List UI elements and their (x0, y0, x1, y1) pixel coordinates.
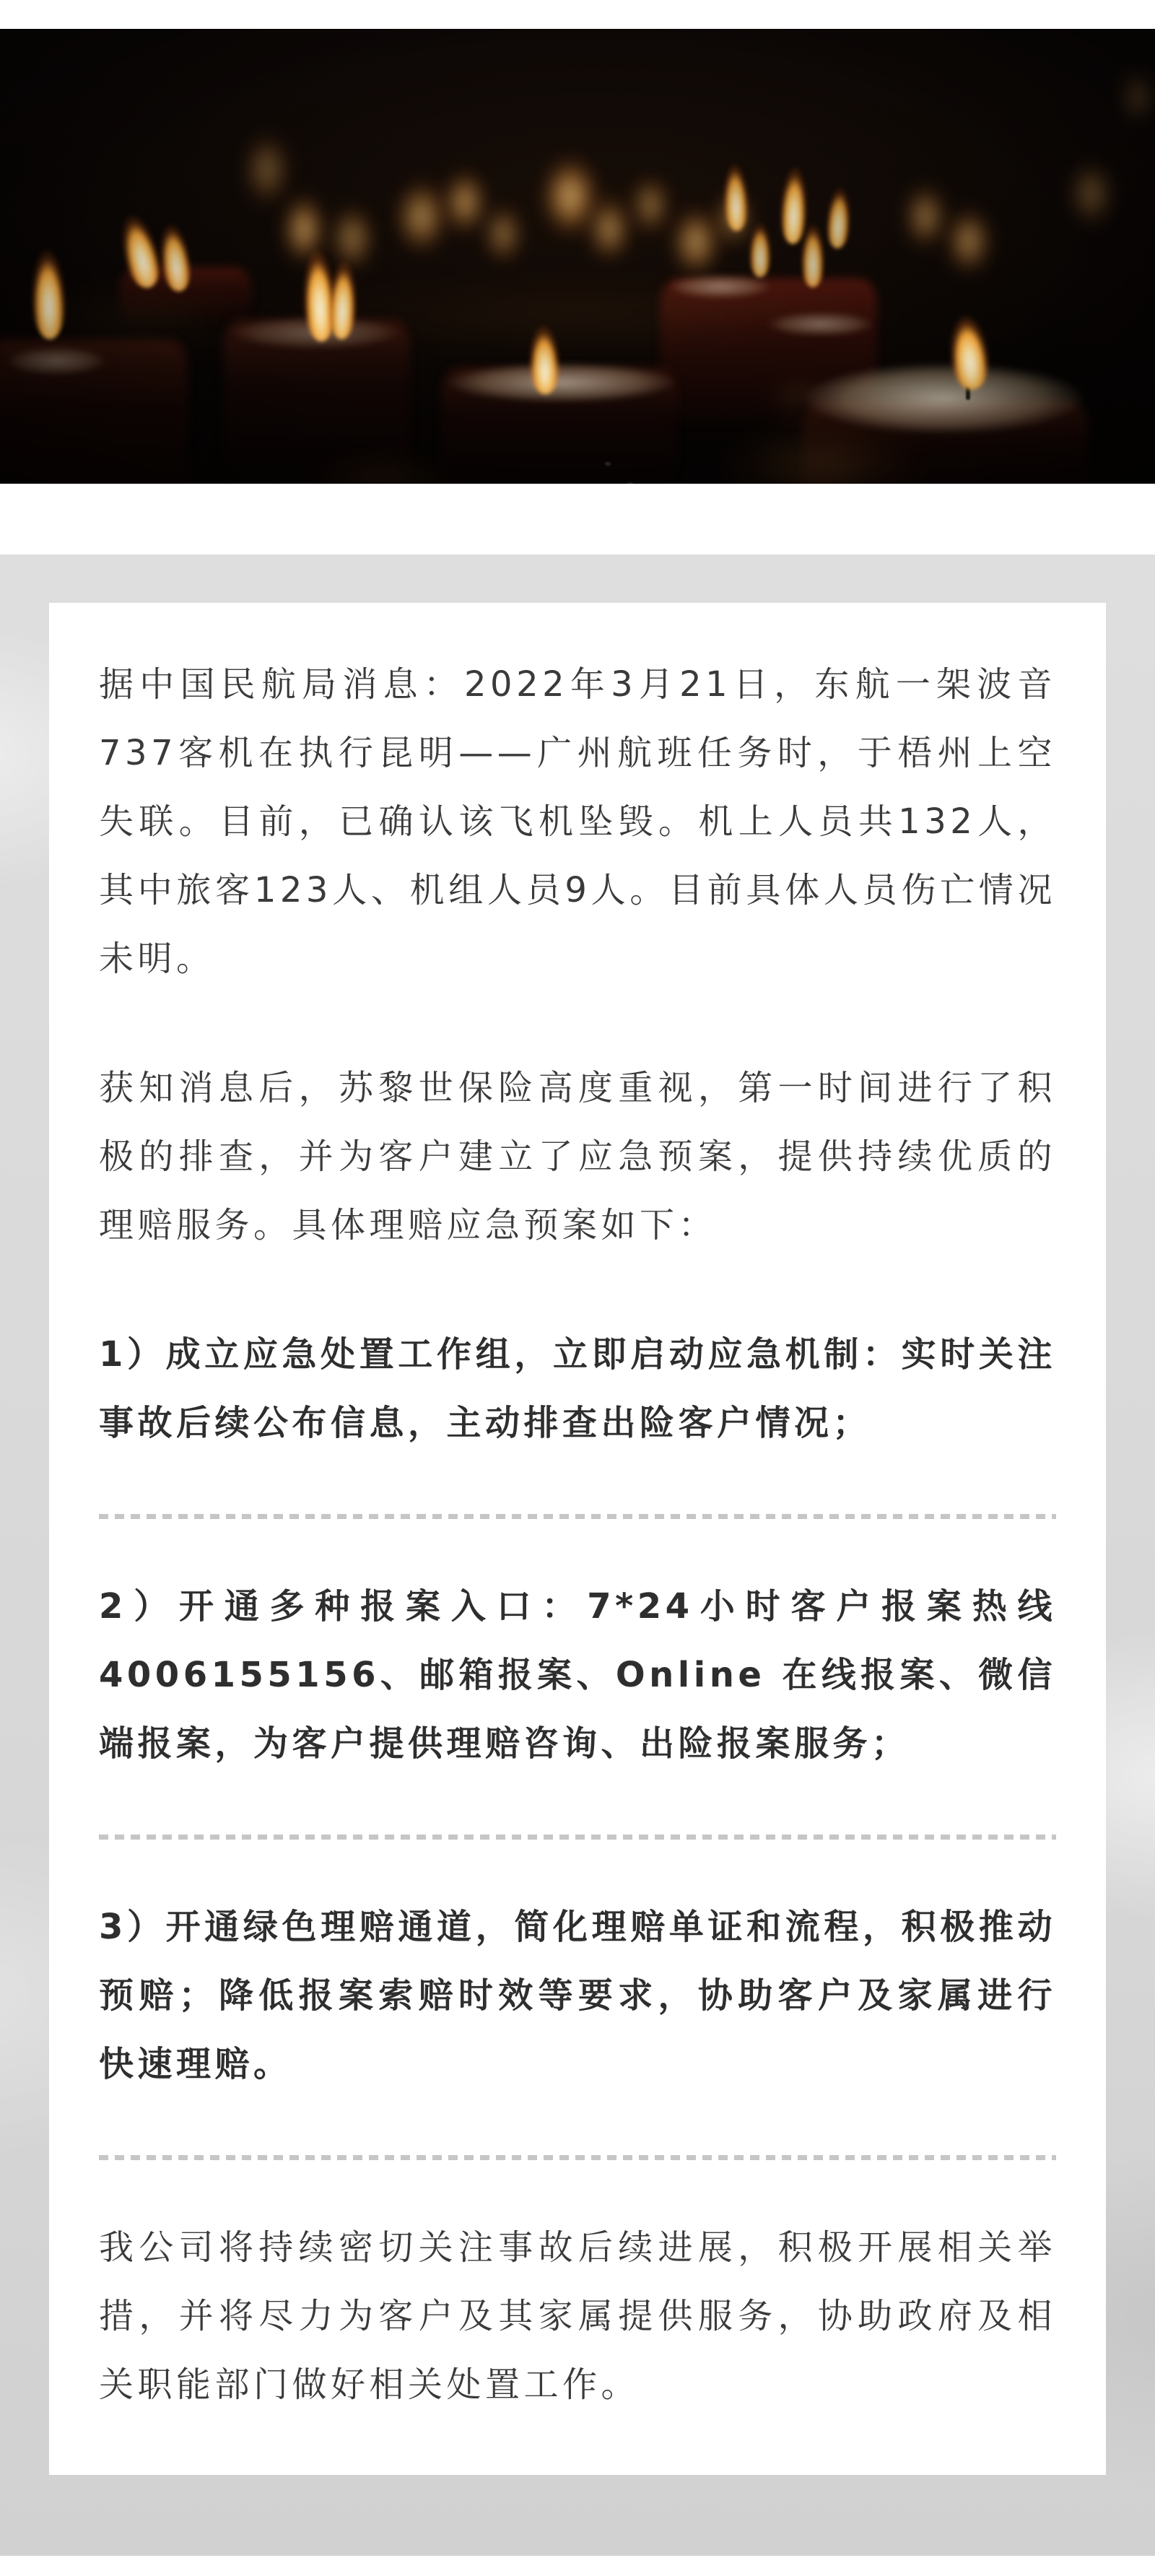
candle-flame (722, 157, 749, 231)
wax-debris-glint (627, 482, 634, 484)
wax-debris-glint (605, 462, 611, 466)
candle-bokeh-light (393, 177, 450, 256)
candle-bokeh-light (902, 182, 949, 251)
emergency-measure-item: 2）开通多种报案入口：7*24小时客户报案热线4006155156、邮箱报案、O… (99, 1572, 1056, 1778)
candle-bokeh-light (242, 130, 292, 209)
emergency-measure-item: 3）开通绿色理赔通道，简化理赔单证和流程，积极推动预赔；降低报案索赔时效等要求，… (99, 1893, 1056, 2099)
candle-bokeh-light (586, 193, 632, 264)
candle-flame (749, 218, 771, 277)
table-reflection (0, 274, 274, 361)
candle-bokeh-light (944, 205, 993, 277)
candle-bokeh-light (1117, 66, 1155, 127)
white-spacer (0, 484, 1155, 554)
page-background-band: 据中国民航局消息：2022年3月21日，东航一架波音737客机在执行昆明——广州… (0, 554, 1155, 2556)
table-reflection (217, 267, 938, 361)
candle-bokeh-light (1067, 157, 1116, 230)
candle-bokeh-light (482, 202, 524, 266)
emergency-measure-item: 1）成立应急处置工作组，立即启动应急机制：实时关注事故后续公布信息，主动排查出险… (99, 1320, 1056, 1458)
article-paragraph: 获知消息后，苏黎世保险高度重视，第一时间进行了积极的排查，并为客户建立了应急预案… (99, 1054, 1056, 1260)
dashed-divider (99, 2155, 1056, 2160)
tealight-wax-rim (446, 362, 677, 403)
article-body: 据中国民航局消息：2022年3月21日，东航一架波音737客机在执行昆明——广州… (99, 650, 1056, 2419)
memorial-candles-photo (0, 29, 1155, 484)
dashed-divider (99, 1514, 1056, 1519)
article-paragraph: 据中国民航局消息：2022年3月21日，东航一架波音737客机在执行昆明——广州… (99, 650, 1056, 993)
candle-bokeh-light (442, 167, 488, 237)
article-card: 据中国民航局消息：2022年3月21日，东航一架波音737客机在执行昆明——广州… (49, 603, 1106, 2475)
dashed-divider (99, 1835, 1056, 1840)
article-paragraph: 我公司将持续密切关注事故后续进展，积极开展相关举措，并将尽力为客户及其家属提供服… (99, 2214, 1056, 2419)
candle-flame (826, 181, 853, 249)
candle-bokeh-light (629, 173, 671, 237)
